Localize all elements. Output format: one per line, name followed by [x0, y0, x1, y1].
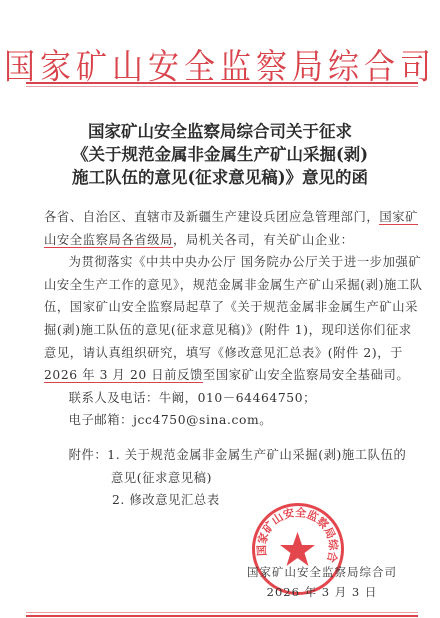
deadline-underlined: 2026 年 3 月 20 日前反馈	[44, 368, 203, 383]
letterhead-red-rule	[26, 82, 418, 84]
contact-phone: 联系人及电话：牛阚，010－64464750；	[44, 387, 424, 410]
document-title: 国家矿山安全监察局综合司关于征求 《关于规范金属非金属生产矿山采掘(剥) 施工队…	[0, 120, 440, 189]
addressee-part-1: 各省、自治区、直辖市及新疆生产建设兵团应急管理部门，	[44, 210, 379, 224]
letterhead-red-rule-thin	[26, 86, 418, 87]
attachment-item-2: 2. 修改意见汇总表	[44, 489, 424, 512]
attachment-item-1: 附件：1. 关于规范金属非金属生产矿山采掘(剥)施工队伍的	[44, 444, 424, 467]
body-paragraph: 为贯彻落实《中共中央办公厅 国务院办公厅关于进一步加强矿山安全生产工作的意见》，…	[44, 251, 424, 387]
footer-red-rule-thin	[26, 612, 418, 613]
document-page: 国家矿山安全监察局综合司 国家矿山安全监察局综合司关于征求 《关于规范金属非金属…	[0, 0, 440, 618]
attachment-label: 附件：	[69, 448, 108, 462]
title-line-1: 国家矿山安全监察局综合司关于征求	[0, 120, 440, 143]
letterhead-title: 国家矿山安全监察局综合司	[0, 38, 440, 88]
title-line-3: 施工队伍的意见(征求意见稿)》意见的函	[0, 166, 440, 189]
signature-date: 2026 年 3 月 3 日	[232, 582, 412, 602]
signature-org: 国家矿山安全监察局综合司	[232, 562, 412, 582]
footer-red-rule	[26, 615, 418, 617]
attachment-1-line-1: 1. 关于规范金属非金属生产矿山采掘(剥)施工队伍的	[107, 448, 406, 462]
contact-email: 电子邮箱：jcc4750@sina.com。	[44, 409, 424, 432]
body-paragraph-text: 为贯彻落实《中共中央办公厅 国务院办公厅关于进一步加强矿山安全生产工作的意见》，…	[44, 255, 423, 359]
addressee-part-3: ，局机关各司，有关矿山企业：	[173, 233, 354, 247]
document-body: 各省、自治区、直辖市及新疆生产建设兵团应急管理部门，国家矿山安全监察局各省级局，…	[44, 206, 424, 512]
body-paragraph-end: 至国家矿山安全监察局安全基础司。	[203, 368, 409, 382]
title-line-2: 《关于规范金属非金属生产矿山采掘(剥)	[0, 143, 440, 166]
addressee: 各省、自治区、直辖市及新疆生产建设兵团应急管理部门，国家矿山安全监察局各省级局，…	[44, 206, 424, 251]
attachment-1-line-2: 意见(征求意见稿)	[44, 467, 424, 490]
signature-block: 国家矿山安全监察局综合司 2026 年 3 月 3 日	[232, 562, 412, 602]
